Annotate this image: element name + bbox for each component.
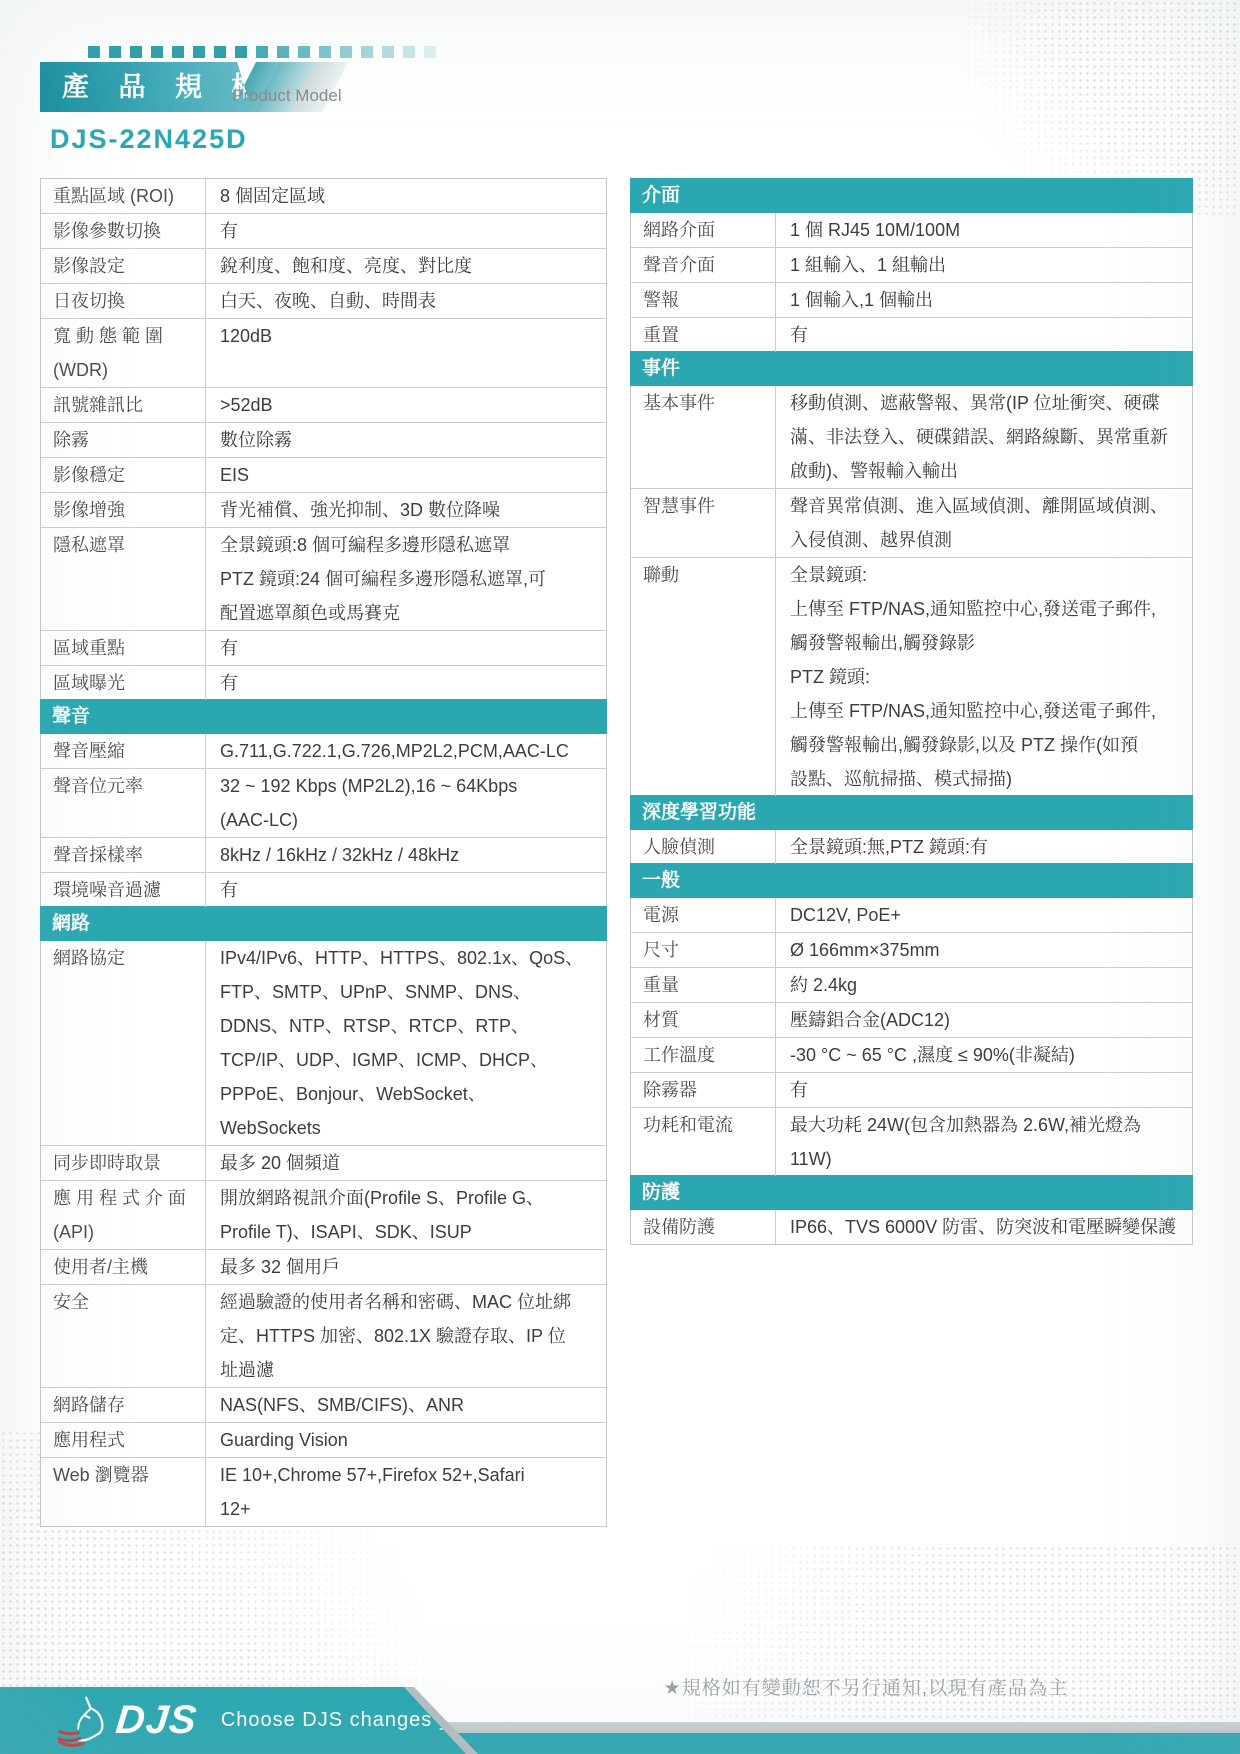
section-header: 深度學習功能 bbox=[630, 795, 1193, 830]
banner-dot bbox=[235, 46, 247, 58]
spec-row: 影像設定銳利度、飽和度、亮度、對比度 bbox=[41, 248, 606, 283]
spec-label: 電源 bbox=[631, 898, 776, 932]
spec-label: 應用程式 bbox=[41, 1423, 206, 1457]
spec-row: 訊號雜訊比>52dB bbox=[41, 387, 606, 422]
spec-value: 最多 20 個頻道 bbox=[206, 1146, 606, 1180]
spec-label: 環境噪音過濾 bbox=[41, 873, 206, 907]
spec-label: 重置 bbox=[631, 318, 776, 352]
spec-value: -30 °C ~ 65 °C ,濕度 ≤ 90%(非凝結) bbox=[776, 1038, 1192, 1072]
spec-row: 人臉偵測全景鏡頭:無,PTZ 鏡頭:有 bbox=[631, 830, 1192, 864]
banner-dot bbox=[361, 46, 373, 58]
spec-table-right: 介面網路介面1 個 RJ45 10M/100M聲音介面1 組輸入、1 組輸出警報… bbox=[630, 178, 1193, 1245]
spec-row: 影像增強背光補償、強光抑制、3D 數位降噪 bbox=[41, 492, 606, 527]
spec-row: 影像參數切換有 bbox=[41, 213, 606, 248]
spec-label: 智慧事件 bbox=[631, 489, 776, 557]
spec-value: 壓鑄鋁合金(ADC12) bbox=[776, 1003, 1192, 1037]
spec-label: 尺寸 bbox=[631, 933, 776, 967]
spec-row: 聯動全景鏡頭: 上傳至 FTP/NAS,通知監控中心,發送電子郵件, 觸發警報輸… bbox=[631, 557, 1192, 796]
spec-value: IPv4/IPv6、HTTP、HTTPS、802.1x、QoS、 FTP、SMT… bbox=[206, 941, 606, 1145]
spec-row: 基本事件移動偵測、遮蔽警報、異常(IP 位址衝突、硬碟 滿、非法登入、硬碟錯誤、… bbox=[631, 386, 1192, 488]
spec-label: 區域重點 bbox=[41, 631, 206, 665]
spec-value: 最多 32 個用戶 bbox=[206, 1250, 606, 1284]
spec-row: 影像穩定EIS bbox=[41, 457, 606, 492]
spec-value: 移動偵測、遮蔽警報、異常(IP 位址衝突、硬碟 滿、非法登入、硬碟錯誤、網路線斷… bbox=[776, 386, 1192, 488]
spec-value: 有 bbox=[206, 631, 606, 665]
spec-label: 訊號雜訊比 bbox=[41, 388, 206, 422]
spec-value: 120dB bbox=[206, 319, 606, 387]
spec-row: 電源DC12V, PoE+ bbox=[631, 898, 1192, 932]
section-header: 防護 bbox=[630, 1175, 1193, 1210]
spec-value: 有 bbox=[206, 214, 606, 248]
spec-row: 環境噪音過濾有 bbox=[41, 872, 606, 907]
spec-value: 32 ~ 192 Kbps (MP2L2),16 ~ 64Kbps (AAC-L… bbox=[206, 769, 606, 837]
unicorn-icon bbox=[56, 1694, 110, 1748]
banner-dot bbox=[424, 46, 436, 58]
spec-label: 影像穩定 bbox=[41, 458, 206, 492]
spec-label: 人臉偵測 bbox=[631, 830, 776, 864]
banner-dot bbox=[214, 46, 226, 58]
spec-value: IP66、TVS 6000V 防雷、防突波和電壓瞬變保護 bbox=[776, 1210, 1192, 1244]
spec-label: 影像參數切換 bbox=[41, 214, 206, 248]
spec-row: 寬 動 態 範 圍 (WDR)120dB bbox=[41, 318, 606, 387]
banner-dot bbox=[193, 46, 205, 58]
spec-value: DC12V, PoE+ bbox=[776, 898, 1192, 932]
footer-brand-bar: DJS Choose DJS changes your Life bbox=[0, 1687, 466, 1754]
spec-row: 網路儲存NAS(NFS、SMB/CIFS)、ANR bbox=[41, 1387, 606, 1422]
spec-row: 設備防護IP66、TVS 6000V 防雷、防突波和電壓瞬變保護 bbox=[631, 1210, 1192, 1244]
spec-label: 警報 bbox=[631, 283, 776, 317]
spec-label: 安全 bbox=[41, 1285, 206, 1387]
spec-row: 尺寸Ø 166mm×375mm bbox=[631, 932, 1192, 967]
spec-value: 聲音異常偵測、進入區域偵測、離開區域偵測、 入侵偵測、越界偵測 bbox=[776, 489, 1192, 557]
spec-row: 材質壓鑄鋁合金(ADC12) bbox=[631, 1002, 1192, 1037]
spec-value: Guarding Vision bbox=[206, 1423, 606, 1457]
spec-value: NAS(NFS、SMB/CIFS)、ANR bbox=[206, 1388, 606, 1422]
spec-value: EIS bbox=[206, 458, 606, 492]
spec-label: 聯動 bbox=[631, 558, 776, 796]
banner-dot bbox=[403, 46, 415, 58]
spec-label: 除霧器 bbox=[631, 1073, 776, 1107]
spec-label: Web 瀏覽器 bbox=[41, 1458, 206, 1526]
banner-title: 產 品 規 格 bbox=[40, 62, 252, 112]
spec-value: 背光補償、強光抑制、3D 數位降噪 bbox=[206, 493, 606, 527]
spec-row: 功耗和電流最大功耗 24W(包含加熱器為 2.6W,補光燈為 11W) bbox=[631, 1107, 1192, 1176]
spec-label: 設備防護 bbox=[631, 1210, 776, 1244]
spec-label: 基本事件 bbox=[631, 386, 776, 488]
banner-dot bbox=[319, 46, 331, 58]
spec-label: 網路協定 bbox=[41, 941, 206, 1145]
spec-label: 重量 bbox=[631, 968, 776, 1002]
spec-row: 安全經過驗證的使用者名稱和密碼、MAC 位址綁 定、HTTPS 加密、802.1… bbox=[41, 1284, 606, 1387]
section-header: 網路 bbox=[40, 906, 607, 941]
spec-label: 功耗和電流 bbox=[631, 1108, 776, 1176]
spec-row: 除霧數位除霧 bbox=[41, 422, 606, 457]
banner-dot bbox=[172, 46, 184, 58]
spec-value: 銳利度、飽和度、亮度、對比度 bbox=[206, 249, 606, 283]
spec-label: 網路儲存 bbox=[41, 1388, 206, 1422]
banner-dot-strip bbox=[88, 46, 436, 58]
spec-value: 約 2.4kg bbox=[776, 968, 1192, 1002]
spec-value: 1 組輸入、1 組輸出 bbox=[776, 248, 1192, 282]
spec-row: 重點區域 (ROI)8 個固定區域 bbox=[41, 179, 606, 213]
spec-label: 日夜切換 bbox=[41, 284, 206, 318]
banner-dot bbox=[340, 46, 352, 58]
spec-row: 智慧事件聲音異常偵測、進入區域偵測、離開區域偵測、 入侵偵測、越界偵測 bbox=[631, 488, 1192, 557]
spec-value: 全景鏡頭: 上傳至 FTP/NAS,通知監控中心,發送電子郵件, 觸發警報輸出,… bbox=[776, 558, 1192, 796]
section-header: 一般 bbox=[630, 863, 1193, 898]
spec-value: Ø 166mm×375mm bbox=[776, 933, 1192, 967]
spec-row: 聲音介面1 組輸入、1 組輸出 bbox=[631, 247, 1192, 282]
spec-row: 重量約 2.4kg bbox=[631, 967, 1192, 1002]
spec-label: 使用者/主機 bbox=[41, 1250, 206, 1284]
spec-label: 材質 bbox=[631, 1003, 776, 1037]
spec-row: 聲音位元率32 ~ 192 Kbps (MP2L2),16 ~ 64Kbps (… bbox=[41, 768, 606, 837]
spec-label: 聲音採樣率 bbox=[41, 838, 206, 872]
spec-value: 數位除霧 bbox=[206, 423, 606, 457]
page-title: DJS-22N425D bbox=[50, 124, 248, 155]
spec-value: 有 bbox=[776, 318, 1192, 352]
spec-row: 網路協定IPv4/IPv6、HTTP、HTTPS、802.1x、QoS、 FTP… bbox=[41, 941, 606, 1145]
banner-dot bbox=[130, 46, 142, 58]
banner-subtitle: Product Model bbox=[232, 86, 342, 106]
spec-value: 開放網路視訊介面(Profile S、Profile G、 Profile T)… bbox=[206, 1181, 606, 1249]
spec-row: 聲音採樣率8kHz / 16kHz / 32kHz / 48kHz bbox=[41, 837, 606, 872]
banner-dot bbox=[256, 46, 268, 58]
spec-label: 工作溫度 bbox=[631, 1038, 776, 1072]
spec-label: 寬 動 態 範 圍 (WDR) bbox=[41, 319, 206, 387]
banner-dot bbox=[109, 46, 121, 58]
spec-label: 除霧 bbox=[41, 423, 206, 457]
spec-label: 隱私遮罩 bbox=[41, 528, 206, 630]
spec-label: 影像設定 bbox=[41, 249, 206, 283]
spec-label: 應 用 程 式 介 面 (API) bbox=[41, 1181, 206, 1249]
section-header: 介面 bbox=[630, 178, 1193, 213]
spec-value: 全景鏡頭:無,PTZ 鏡頭:有 bbox=[776, 830, 1192, 864]
spec-row: 應用程式Guarding Vision bbox=[41, 1422, 606, 1457]
spec-value: 有 bbox=[776, 1073, 1192, 1107]
spec-row: Web 瀏覽器IE 10+,Chrome 57+,Firefox 52+,Saf… bbox=[41, 1457, 606, 1526]
spec-label: 聲音介面 bbox=[631, 248, 776, 282]
spec-row: 隱私遮罩全景鏡頭:8 個可編程多邊形隱私遮罩 PTZ 鏡頭:24 個可編程多邊形… bbox=[41, 527, 606, 630]
banner-dot bbox=[88, 46, 100, 58]
spec-row: 區域曝光有 bbox=[41, 665, 606, 700]
spec-row: 警報1 個輸入,1 個輸出 bbox=[631, 282, 1192, 317]
footer-brand-text: DJS bbox=[114, 1698, 200, 1743]
spec-value: 最大功耗 24W(包含加熱器為 2.6W,補光燈為 11W) bbox=[776, 1108, 1192, 1176]
section-header: 事件 bbox=[630, 351, 1193, 386]
spec-table-left: 重點區域 (ROI)8 個固定區域影像參數切換有影像設定銳利度、飽和度、亮度、對… bbox=[40, 178, 607, 1527]
section-header: 聲音 bbox=[40, 699, 607, 734]
banner-dot bbox=[151, 46, 163, 58]
spec-value: 8 個固定區域 bbox=[206, 179, 606, 213]
spec-value: 經過驗證的使用者名稱和密碼、MAC 位址綁 定、HTTPS 加密、802.1X … bbox=[206, 1285, 606, 1387]
banner-dot bbox=[382, 46, 394, 58]
spec-label: 聲音壓縮 bbox=[41, 734, 206, 768]
spec-row: 工作溫度-30 °C ~ 65 °C ,濕度 ≤ 90%(非凝結) bbox=[631, 1037, 1192, 1072]
spec-row: 應 用 程 式 介 面 (API)開放網路視訊介面(Profile S、Prof… bbox=[41, 1180, 606, 1249]
spec-value: 有 bbox=[206, 873, 606, 907]
spec-row: 區域重點有 bbox=[41, 630, 606, 665]
spec-value: IE 10+,Chrome 57+,Firefox 52+,Safari 12+ bbox=[206, 1458, 606, 1526]
footer-note: ★規格如有變動恕不另行通知,以現有產品為主 bbox=[664, 1673, 1068, 1700]
spec-value: 1 個輸入,1 個輸出 bbox=[776, 283, 1192, 317]
spec-row: 日夜切換白天、夜晚、自動、時間表 bbox=[41, 283, 606, 318]
spec-label: 聲音位元率 bbox=[41, 769, 206, 837]
spec-value: 白天、夜晚、自動、時間表 bbox=[206, 284, 606, 318]
spec-label: 網路介面 bbox=[631, 213, 776, 247]
spec-value: 全景鏡頭:8 個可編程多邊形隱私遮罩 PTZ 鏡頭:24 個可編程多邊形隱私遮罩… bbox=[206, 528, 606, 630]
spec-label: 影像增強 bbox=[41, 493, 206, 527]
spec-label: 區域曝光 bbox=[41, 666, 206, 700]
spec-row: 除霧器有 bbox=[631, 1072, 1192, 1107]
spec-row: 同步即時取景最多 20 個頻道 bbox=[41, 1145, 606, 1180]
spec-value: 8kHz / 16kHz / 32kHz / 48kHz bbox=[206, 838, 606, 872]
spec-value: G.711,G.722.1,G.726,MP2L2,PCM,AAC-LC bbox=[206, 734, 606, 768]
banner-dot bbox=[277, 46, 289, 58]
spec-value: >52dB bbox=[206, 388, 606, 422]
spec-label: 重點區域 (ROI) bbox=[41, 179, 206, 213]
banner-dot bbox=[298, 46, 310, 58]
spec-value: 有 bbox=[206, 666, 606, 700]
spec-label: 同步即時取景 bbox=[41, 1146, 206, 1180]
spec-row: 使用者/主機最多 32 個用戶 bbox=[41, 1249, 606, 1284]
spec-row: 聲音壓縮G.711,G.722.1,G.726,MP2L2,PCM,AAC-LC bbox=[41, 734, 606, 768]
spec-value: 1 個 RJ45 10M/100M bbox=[776, 213, 1192, 247]
spec-row: 重置有 bbox=[631, 317, 1192, 352]
spec-row: 網路介面1 個 RJ45 10M/100M bbox=[631, 213, 1192, 247]
